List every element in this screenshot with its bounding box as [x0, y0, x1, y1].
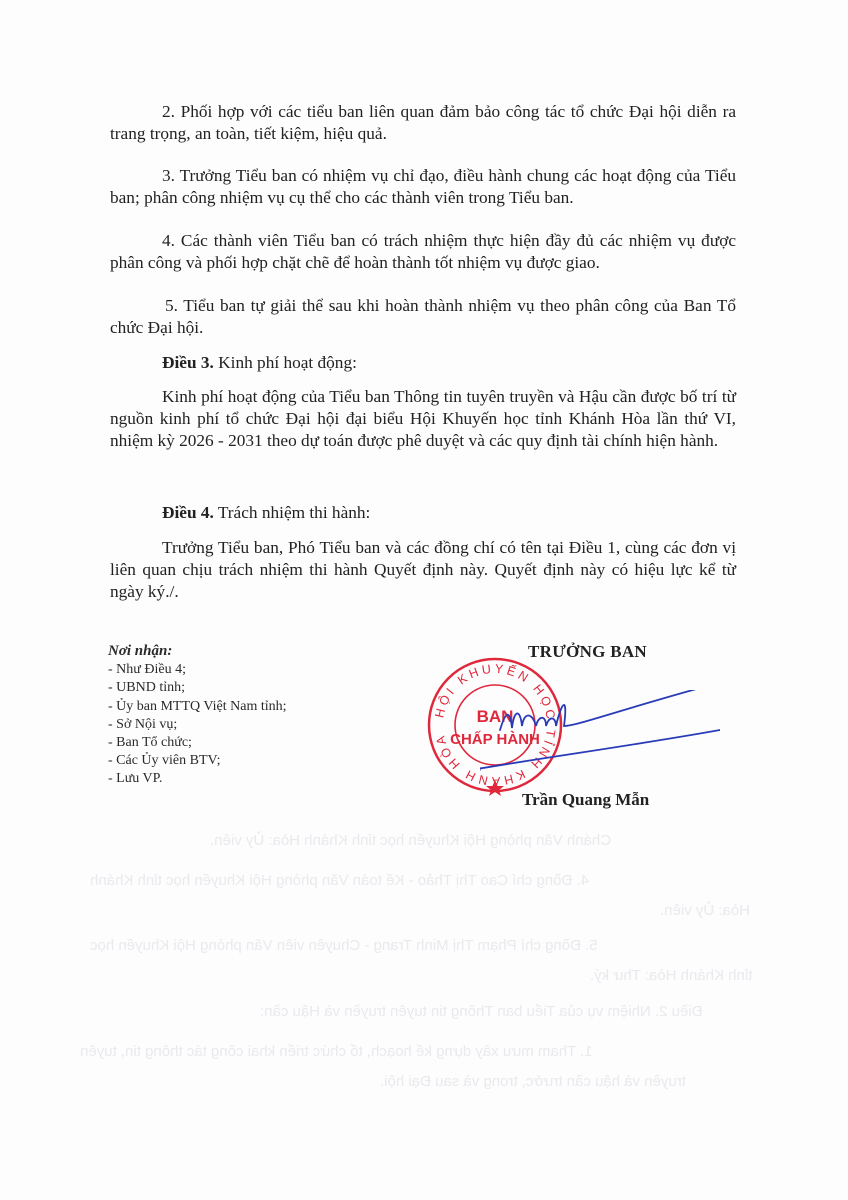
recipients-block: Nơi nhận: - Như Điều 4; - UBND tỉnh; - Ủ…	[108, 642, 287, 789]
signer-name: Trần Quang Mẫn	[522, 790, 649, 810]
recipients-title: Nơi nhận:	[108, 642, 287, 660]
recipient-item: - Ban Tổ chức;	[108, 734, 287, 752]
article-3-body: Kinh phí hoạt động của Tiểu ban Thông ti…	[110, 386, 736, 452]
bleed-through-line: Chánh Văn phòng Hội Khuyến học tỉnh Khán…	[210, 832, 611, 849]
paragraph-text: Trưởng Tiểu ban, Phó Tiểu ban và các đồn…	[110, 537, 736, 603]
paragraph-item-4: 4. Các thành viên Tiểu ban có trách nhiệ…	[110, 230, 736, 274]
paragraph-item-5: 5. Tiểu ban tự giải thể sau khi hoàn thà…	[110, 295, 736, 339]
recipient-item: - Ủy ban MTTQ Việt Nam tỉnh;	[108, 698, 287, 716]
paragraph-text: 5. Tiểu ban tự giải thể sau khi hoàn thà…	[110, 295, 736, 339]
paragraph-item-3: 3. Trưởng Tiểu ban có nhiệm vụ chỉ đạo, …	[110, 165, 736, 209]
recipient-item: - Sở Nội vụ;	[108, 716, 287, 734]
bleed-through-line: Điều 2. Nhiệm vụ của Tiểu ban Thông tin …	[260, 1003, 703, 1020]
article-4-body: Trưởng Tiểu ban, Phó Tiểu ban và các đồn…	[110, 537, 736, 603]
paragraph-text: 3. Trưởng Tiểu ban có nhiệm vụ chỉ đạo, …	[110, 165, 736, 209]
recipient-item: - Các Ủy viên BTV;	[108, 752, 287, 770]
bleed-through-line: 1. Tham mưu xây dựng kế hoạch, tổ chức t…	[80, 1043, 593, 1060]
bleed-through-line: Hòa: Ủy viên.	[660, 902, 750, 919]
article-label: Điều 4.	[162, 503, 214, 522]
article-title: Trách nhiệm thi hành:	[214, 503, 370, 522]
article-title: Kinh phí hoạt động:	[214, 353, 357, 372]
paragraph-text: 2. Phối hợp với các tiểu ban liên quan đ…	[110, 101, 736, 145]
recipient-item: - UBND tỉnh;	[108, 679, 287, 697]
bleed-through-line: 4. Đồng chí Cao Thị Thảo - Kế toán Văn p…	[90, 872, 589, 889]
article-label: Điều 3.	[162, 353, 214, 372]
document-page: Chánh Văn phòng Hội Khuyến học tỉnh Khán…	[0, 0, 848, 1200]
paragraph-item-2: 2. Phối hợp với các tiểu ban liên quan đ…	[110, 101, 736, 145]
article-4-heading: Điều 4. Trách nhiệm thi hành:	[110, 502, 736, 524]
handwritten-signature-icon	[480, 690, 720, 800]
bleed-through-line: tỉnh Khánh Hòa: Thư ký.	[590, 967, 752, 984]
paragraph-text: Kinh phí hoạt động của Tiểu ban Thông ti…	[110, 386, 736, 452]
recipient-item: - Như Điều 4;	[108, 661, 287, 679]
article-3-heading: Điều 3. Kinh phí hoạt động:	[110, 352, 736, 374]
recipients-list: - Như Điều 4; - UBND tỉnh; - Ủy ban MTTQ…	[108, 661, 287, 788]
bleed-through-line: 5. Đồng chí Phạm Thị Minh Trang - Chuyên…	[90, 937, 598, 954]
recipient-item: - Lưu VP.	[108, 770, 287, 788]
bleed-through-line: truyền và hậu cần trước, trong và sau Đạ…	[380, 1073, 686, 1090]
paragraph-text: 4. Các thành viên Tiểu ban có trách nhiệ…	[110, 230, 736, 274]
